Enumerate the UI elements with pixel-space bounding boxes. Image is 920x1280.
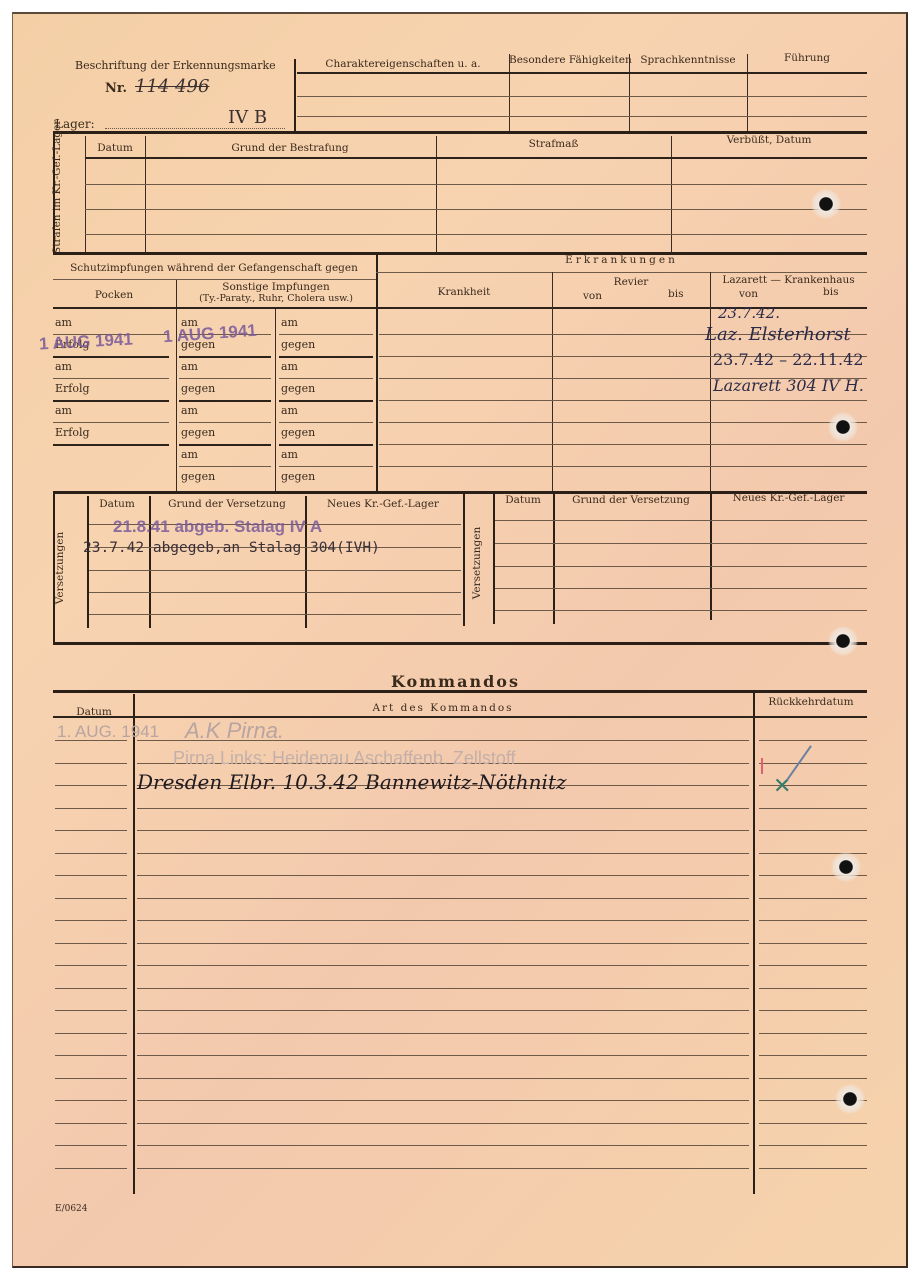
- sonstige-row-label: am: [181, 448, 198, 461]
- rule: [137, 808, 749, 809]
- pocken-label: Pocken: [53, 289, 175, 301]
- kommandos-col-rueckkehr: Rückkehrdatum: [755, 696, 867, 708]
- sonstige-row-label: am: [281, 404, 298, 417]
- kommandos-col-art: Art des Kommandos: [133, 702, 753, 714]
- rule: [55, 1010, 127, 1011]
- rule: [279, 444, 373, 446]
- vers-col-lager-left: Neues Kr.-Gef.-Lager: [305, 498, 461, 510]
- pocken-row-label: am: [55, 360, 72, 373]
- rule: [53, 444, 169, 446]
- rule: [759, 988, 867, 989]
- col-fuehrung: Führung: [747, 52, 867, 64]
- rule: [55, 898, 127, 899]
- krankheit-label: Krankheit: [376, 286, 552, 298]
- rule: [759, 740, 867, 741]
- rule: [279, 378, 373, 379]
- strafen-side-label: Strafen im Kr.-Gef.-Lager: [51, 134, 71, 254]
- rule: [137, 853, 749, 854]
- rule: [759, 965, 867, 966]
- lager-dotted-line: [105, 128, 285, 129]
- rule: [379, 422, 867, 423]
- rule: [759, 920, 867, 921]
- sonstige-sub: (Ty.-Paraty., Ruhr, Cholera usw.): [176, 293, 376, 304]
- rule: [89, 614, 461, 615]
- rule: [495, 566, 867, 567]
- rule: [179, 400, 271, 402]
- rule: [759, 1168, 867, 1169]
- vers-col-grund-right: Grund der Versetzung: [553, 494, 709, 506]
- divider: [753, 692, 755, 1194]
- rule: [55, 1145, 127, 1146]
- rule: [179, 356, 271, 358]
- rule: [759, 763, 867, 764]
- rule: [495, 543, 867, 544]
- rule: [297, 116, 867, 117]
- rule: [179, 466, 271, 467]
- revier-bis: bis: [668, 288, 683, 300]
- rule: [55, 1055, 127, 1056]
- rule: [759, 898, 867, 899]
- rule: [495, 588, 867, 589]
- rule: [89, 570, 461, 571]
- rule: [297, 72, 867, 74]
- sonstige-row-label: gegen: [281, 426, 315, 439]
- rule: [137, 1123, 749, 1124]
- rule: [55, 875, 127, 876]
- sonstige-row-label: gegen: [281, 338, 315, 351]
- rule: [53, 378, 169, 379]
- divider: [463, 494, 465, 626]
- rule: [759, 943, 867, 944]
- rule: [179, 378, 271, 379]
- rule: [137, 920, 749, 921]
- rule: [55, 763, 127, 764]
- hospital-entry-4: Lazarett 304 IV H.: [713, 376, 864, 395]
- rule: [55, 943, 127, 944]
- section-rule: [53, 642, 867, 645]
- rule: [55, 785, 127, 786]
- rule: [137, 1168, 749, 1169]
- rule: [279, 400, 373, 402]
- divider: [436, 136, 437, 254]
- rule: [137, 1033, 749, 1034]
- strafen-col-grund: Grund der Bestrafung: [145, 142, 435, 154]
- rule: [55, 1100, 127, 1101]
- punch-hole: [828, 412, 858, 442]
- revier-label: Revier: [552, 276, 710, 288]
- tag-label: Beschriftung der Erkennungsmarke: [75, 59, 276, 72]
- vers-col-lager-right: Neues Kr.-Gef.-Lager: [710, 492, 867, 504]
- kommando-faint-text: Pirna Links: Heidenau Aschaffenb. Zellst…: [173, 748, 516, 769]
- rule: [279, 334, 373, 335]
- sonstige-row-label: gegen: [181, 382, 215, 395]
- hospital-entry-2: Laz. Elsterhorst: [705, 324, 851, 345]
- rule: [55, 965, 127, 966]
- vers-col-grund-left: Grund der Versetzung: [149, 498, 305, 510]
- rule: [137, 1078, 749, 1079]
- nr-value: 114 496: [135, 76, 209, 97]
- rule: [379, 466, 867, 467]
- sonstige-row-label: am: [281, 448, 298, 461]
- hospital-entry-1: 23.7.42.: [718, 304, 780, 322]
- rule: [759, 1145, 867, 1146]
- rule: [495, 610, 867, 611]
- kommandos-title: Kommandos: [391, 672, 520, 691]
- hospital-entry-3: 23.7.42 – 22.11.42: [713, 350, 864, 369]
- punch-hole: [828, 626, 858, 656]
- rule: [55, 988, 127, 989]
- rule: [759, 1123, 867, 1124]
- pocken-row-label: am: [55, 316, 72, 329]
- rule: [53, 400, 169, 402]
- pocken-row-label: Erfolg: [55, 426, 90, 439]
- punch-hole: [831, 852, 861, 882]
- rule: [55, 1123, 127, 1124]
- rule: [137, 1055, 749, 1056]
- rule: [85, 234, 867, 235]
- rule: [137, 1145, 749, 1146]
- rule: [379, 444, 867, 445]
- strafen-col-verbuesst: Verbüßt, Datum: [671, 134, 867, 146]
- erkrankungen-title: Erkrankungen: [376, 254, 867, 266]
- rule: [137, 875, 749, 876]
- pocken-row-label: Erfolg: [55, 382, 90, 395]
- rule: [137, 898, 749, 899]
- rule: [179, 422, 271, 423]
- form-code: E/0624: [55, 1204, 88, 1214]
- rule: [55, 1078, 127, 1079]
- versetzungen-side-label-right: Versetzungen: [471, 523, 489, 603]
- rule: [759, 830, 867, 831]
- sonstige-row-label: gegen: [281, 382, 315, 395]
- vers-col-datum-right: Datum: [493, 494, 553, 506]
- rule: [85, 209, 867, 210]
- rule: [759, 1010, 867, 1011]
- divider: [149, 496, 151, 628]
- lazarett-bis: bis: [823, 286, 838, 298]
- rule: [85, 157, 867, 159]
- rule: [279, 356, 373, 358]
- section-rule: [53, 690, 867, 693]
- rule: [297, 96, 867, 97]
- rule: [495, 520, 867, 521]
- rule: [55, 808, 127, 809]
- divider: [553, 494, 555, 624]
- rule: [55, 920, 127, 921]
- rule: [759, 808, 867, 809]
- rule: [89, 592, 461, 593]
- divider: [710, 494, 712, 620]
- lazarett-von: von: [739, 288, 758, 300]
- rule: [55, 830, 127, 831]
- divider: [294, 59, 296, 132]
- strafen-col-datum: Datum: [85, 142, 145, 154]
- divider: [493, 494, 495, 624]
- sonstige-row-label: am: [281, 360, 298, 373]
- rule: [379, 400, 867, 401]
- divider: [552, 272, 553, 491]
- rule: [53, 422, 169, 423]
- divider: [747, 54, 748, 132]
- divider: [176, 280, 177, 491]
- kommando-date-stamp: 1. AUG. 1941: [57, 722, 159, 742]
- rule: [759, 1055, 867, 1056]
- rule: [759, 1078, 867, 1079]
- rule: [179, 444, 271, 446]
- sonstige-row-label: gegen: [281, 470, 315, 483]
- strafen-col-strafmass: Strafmaß: [436, 138, 671, 150]
- rule: [137, 965, 749, 966]
- col-faehigkeiten: Besondere Fähigkeiten: [509, 54, 629, 66]
- rule: [759, 1033, 867, 1034]
- rule: [279, 422, 373, 423]
- rule: [53, 716, 867, 718]
- transfer-typed: 23.7.42 abgegeb,an Stalag 304(IVH): [83, 540, 380, 556]
- rule: [55, 1168, 127, 1169]
- divider: [275, 309, 276, 491]
- rule: [55, 1033, 127, 1034]
- vers-col-datum-left: Datum: [87, 498, 147, 510]
- sonstige-row-label: gegen: [181, 470, 215, 483]
- punch-hole: [811, 189, 841, 219]
- sonstige-label: Sonstige Impfungen: [176, 281, 376, 293]
- sonstige-row-label: am: [181, 360, 198, 373]
- versetzungen-side-label-left: Versetzungen: [54, 528, 72, 608]
- rule: [137, 1100, 749, 1101]
- divider: [305, 496, 307, 628]
- date-stamp-pocken: 1 AUG 1941: [39, 330, 134, 355]
- rule: [137, 830, 749, 831]
- rule: [376, 272, 867, 273]
- nr-label: Nr.: [105, 81, 127, 96]
- rule: [53, 279, 376, 280]
- rule: [55, 853, 127, 854]
- rule: [137, 943, 749, 944]
- rule: [85, 184, 867, 185]
- impfungen-title: Schutzimpfungen während der Gefangenscha…: [53, 262, 375, 274]
- sonstige-row-label: am: [281, 316, 298, 329]
- kommando-stamp: A.K Pirna.: [185, 718, 284, 744]
- rule: [137, 988, 749, 989]
- pocken-row-label: am: [55, 404, 72, 417]
- pow-record-card: Beschriftung der Erkennungsmarke Nr. 114…: [12, 12, 908, 1268]
- divider: [671, 136, 672, 254]
- lazarett-label: Lazarett — Krankenhaus: [710, 274, 867, 286]
- revier-von: von: [583, 290, 602, 302]
- red-tick-mark: [761, 758, 769, 774]
- divider: [710, 272, 711, 491]
- rule: [279, 466, 373, 467]
- punch-hole: [835, 1084, 865, 1114]
- sonstige-row-label: gegen: [181, 426, 215, 439]
- col-charakter: Charaktereigenschaften u. a.: [298, 58, 508, 70]
- sonstige-row-label: am: [181, 404, 198, 417]
- rule: [137, 1010, 749, 1011]
- lager-value: IV B: [228, 107, 267, 128]
- divider: [87, 496, 89, 628]
- col-sprachkenntnisse: Sprachkenntnisse: [629, 54, 747, 66]
- kommando-handwritten: Dresden Elbr. 10.3.42 Bannewitz-Nöthnitz: [137, 770, 567, 794]
- transfer-stamp: 21.8.41 abgeb. Stalag IV A: [113, 517, 322, 537]
- divider: [133, 694, 135, 1194]
- rule: [53, 356, 169, 358]
